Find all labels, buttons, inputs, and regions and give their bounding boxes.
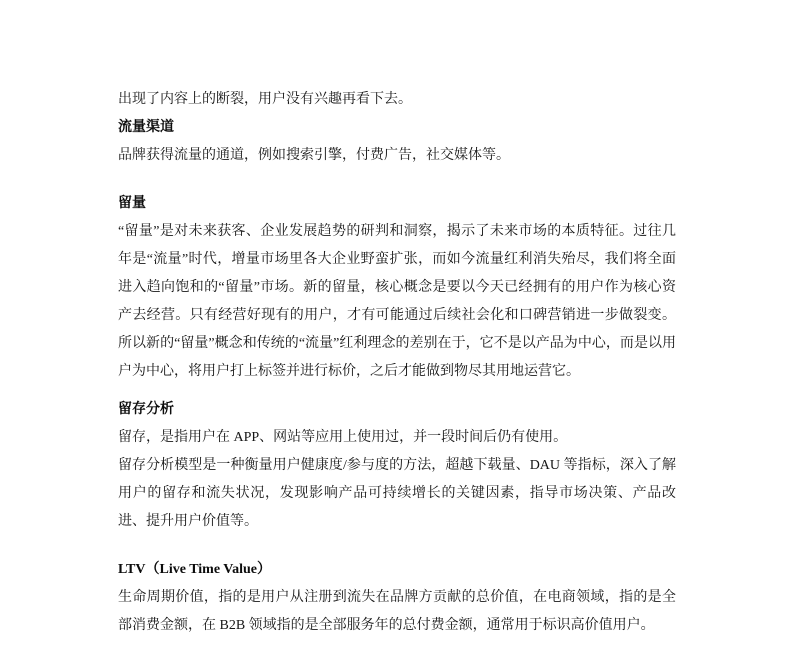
intro-continuation-paragraph: 出现了内容上的断裂，用户没有兴趣再看下去。 [118, 86, 676, 114]
document-page: 出现了内容上的断裂，用户没有兴趣再看下去。 流量渠道 品牌获得流量的通道，例如搜… [0, 0, 793, 665]
section-heading-traffic-channels: 流量渠道 [118, 114, 676, 142]
section-heading-retained-volume: 留量 [118, 190, 676, 218]
paragraph: 留存，是指用户在 APP、网站等应用上使用过，并一段时间后仍有使用。 [118, 424, 676, 452]
paragraph: 品牌获得流量的通道，例如搜索引擎，付费广告，社交媒体等。 [118, 142, 676, 170]
section-traffic-channels: 流量渠道 品牌获得流量的通道，例如搜索引擎，付费广告，社交媒体等。 [118, 114, 676, 170]
section-retention-analysis: 留存分析 留存，是指用户在 APP、网站等应用上使用过，并一段时间后仍有使用。 … [118, 396, 676, 536]
section-retained-volume: 留量 “留量”是对未来获客、企业发展趋势的研判和洞察，揭示了未来市场的本质特征。… [118, 190, 676, 386]
paragraph: 生命周期价值，指的是用户从注册到流失在品牌方贡献的总价值，在电商领域，指的是全部… [118, 584, 676, 640]
paragraph: “留量”是对未来获客、企业发展趋势的研判和洞察，揭示了未来市场的本质特征。过往几… [118, 218, 676, 386]
section-ltv: LTV（Live Time Value） 生命周期价值，指的是用户从注册到流失在… [118, 556, 676, 640]
section-heading-retention-analysis: 留存分析 [118, 396, 676, 424]
paragraph: 留存分析模型是一种衡量用户健康度/参与度的方法，超越下载量、DAU 等指标，深入… [118, 452, 676, 536]
section-heading-ltv: LTV（Live Time Value） [118, 556, 676, 584]
